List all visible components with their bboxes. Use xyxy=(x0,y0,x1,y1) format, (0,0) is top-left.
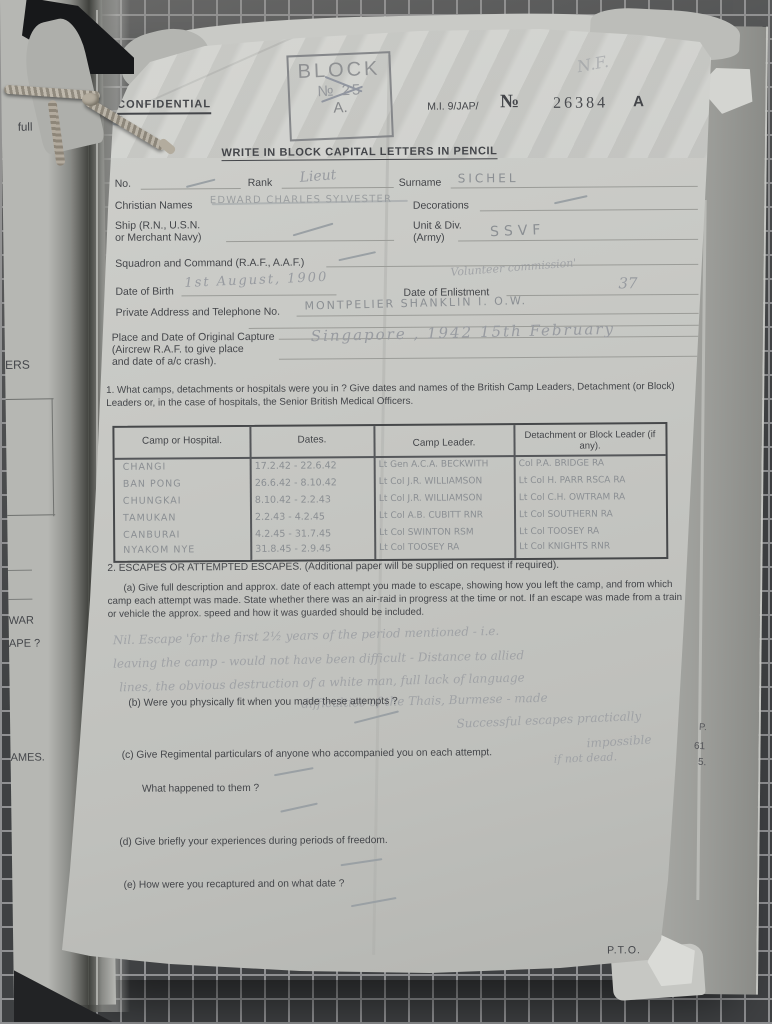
edge-page-fragment: 5. xyxy=(698,757,707,768)
field-rule xyxy=(141,188,241,190)
pencil-initials: N.F. xyxy=(575,52,610,76)
block-leader-cell: Col P.A. BRIDGE RA xyxy=(519,458,604,469)
pencil-dash xyxy=(354,710,399,723)
left-page-fragment: APE ? xyxy=(9,638,40,650)
pencil-dash xyxy=(280,803,318,813)
question-2c-text: (c) Give Regimental particulars of anyon… xyxy=(122,747,492,761)
table-header-dates: Dates. xyxy=(250,434,373,446)
question-2d-text: (d) Give briefly your experiences during… xyxy=(119,835,387,848)
camp-cell: NYAKOM NYE xyxy=(123,544,195,556)
edge-page-fragment: P. xyxy=(699,722,707,733)
rank-label: Rank xyxy=(248,177,273,189)
form-reference: M.I. 9/JAP/ xyxy=(427,100,478,112)
christian-names-label: Christian Names xyxy=(115,199,193,212)
capture-label-line1: Place and Date of Original Capture xyxy=(112,331,275,344)
block-stamp: BLOCK № 25 A. xyxy=(286,51,394,141)
leader-cell: Lt Col A.B. CUBITT RNR xyxy=(379,510,483,521)
ship-label-line2: or Merchant Navy) xyxy=(115,231,201,244)
pencil-dash xyxy=(554,195,588,204)
escape-answer-line: impossible xyxy=(586,732,652,750)
left-page-rule xyxy=(8,570,32,571)
table-header-block-leader: Detachment or Block Leader (if any). xyxy=(517,429,662,453)
left-page-fragment: AMES. xyxy=(10,751,44,763)
block-leader-cell: Lt Col TOOSEY RA xyxy=(519,527,599,538)
left-page-fragment: full xyxy=(18,122,33,134)
confidential-label: CONFIDENTIAL xyxy=(117,98,211,115)
question-2c2-text: What happened to them ? xyxy=(142,783,259,795)
escape-answer-line: lines, the obvious destruction of a whit… xyxy=(119,670,525,694)
dates-cell: 2.2.43 - 4.2.45 xyxy=(255,511,325,522)
dates-cell: 8.10.42 - 2.2.43 xyxy=(255,494,331,506)
ship-label-line1: Ship (R.N., U.S.N. xyxy=(115,219,200,232)
camp-cell: CHUNGKAI xyxy=(123,495,182,506)
pow-questionnaire-page: CONFIDENTIAL BLOCK № 25 A. M.I. 9/JAP/ №… xyxy=(0,0,772,1024)
block-capitals-instruction: WRITE IN BLOCK CAPITAL LETTERS IN PENCIL xyxy=(221,145,497,161)
leader-cell: Lt Col J.R. WILLIAMSON xyxy=(379,476,482,487)
block-leader-cell: Lt Col C.H. OWTRAM RA xyxy=(519,492,625,503)
serial-suffix: A xyxy=(633,93,644,110)
dates-cell: 26.6.42 - 8.10.42 xyxy=(255,477,337,489)
leader-cell: Lt Col TOOSEY RA xyxy=(379,542,459,553)
field-rule xyxy=(297,313,699,317)
camps-table: Camp or Hospital. Dates. Camp Leader. De… xyxy=(112,422,668,563)
question-2b-text: (b) Were you physically fit when you mad… xyxy=(128,696,397,709)
camp-cell: TAMUKAN xyxy=(123,512,176,523)
left-page-table-line xyxy=(6,398,54,400)
enlistment-value: 37 xyxy=(618,274,637,292)
escape-answer-line: Nil. Escape 'for the first 2½ years of t… xyxy=(113,624,500,647)
escape-answer-line: leaving the camp - would not have been d… xyxy=(113,648,524,671)
twine-knot xyxy=(82,93,99,106)
leader-cell: Lt Col SWINTON RSM xyxy=(379,527,474,538)
edge-page-fragment: 61 xyxy=(694,741,706,753)
field-rule xyxy=(181,294,336,296)
escape-answer-line: Successful escapes practically xyxy=(456,709,641,731)
dates-cell: 4.2.45 - 31.7.45 xyxy=(255,528,331,540)
field-rule xyxy=(451,186,698,189)
dates-cell: 31.8.45 - 2.9.45 xyxy=(255,543,331,555)
field-rule xyxy=(226,240,394,242)
surname-value: SICHEL xyxy=(458,171,519,185)
camp-cell: CHANGI xyxy=(123,462,167,473)
unit-div-label-line2: (Army) xyxy=(413,232,445,244)
question-2e-text: (e) How were you recaptured and on what … xyxy=(124,878,345,891)
leader-cell: Lt Col J.R. WILLIAMSON xyxy=(379,493,482,504)
date-of-birth-label: Date of Birth xyxy=(115,285,173,297)
unit-div-label-line1: Unit & Div. xyxy=(413,219,462,231)
pencil-dash xyxy=(186,179,216,188)
address-value: MONTPELIER SHANKLIN I. O.W. xyxy=(304,294,527,312)
pencil-dash xyxy=(341,858,383,866)
left-page-fragment: ERS xyxy=(5,358,30,372)
block-leader-cell: Lt Col KNIGHTS RNR xyxy=(519,541,610,552)
question-2-heading: 2. ESCAPES OR ATTEMPTED ESCAPES. (Additi… xyxy=(107,560,559,574)
pencil-dash xyxy=(293,223,334,237)
block-stamp-line3: A. xyxy=(290,97,391,118)
escape-answer-line: if not dead. xyxy=(553,750,617,766)
pto-label: P.T.O. xyxy=(607,944,641,956)
camp-cell: CANBURAI xyxy=(123,529,180,540)
table-header-leader: Camp Leader. xyxy=(374,437,513,449)
field-rule xyxy=(282,187,394,189)
capture-value: Singapore , 1942 15th February xyxy=(311,320,616,345)
left-page-rule xyxy=(8,599,32,600)
unit-div-value: SSVF xyxy=(490,222,546,240)
field-rule xyxy=(506,294,698,296)
surname-label: Surname xyxy=(399,177,442,189)
pencil-dash xyxy=(351,897,397,907)
decorations-label: Decorations xyxy=(413,199,469,211)
block-leader-cell: Lt Col H. PARR RSCA RA xyxy=(519,475,626,486)
capture-label-line2: (Aircrew R.A.F. to give place xyxy=(112,343,244,356)
enlistment-note: Volunteer commission' xyxy=(450,256,577,279)
left-page-fragment: WAR xyxy=(9,615,34,627)
question-2a-text: (a) Give full description and approx. da… xyxy=(107,578,685,621)
no-label: No. xyxy=(115,178,131,190)
block-leader-cell: Lt Col SOUTHERN RA xyxy=(519,509,613,520)
address-label: Private Address and Telephone No. xyxy=(116,306,281,319)
squadron-label: Squadron and Command (R.A.F., A.A.F.) xyxy=(115,257,304,270)
rank-value: Lieut xyxy=(299,167,337,186)
table-row: NYAKOM NYE 31.8.45 - 2.9.45 Lt Col TOOSE… xyxy=(115,541,666,562)
pencil-dash xyxy=(274,767,314,776)
field-rule xyxy=(480,209,698,212)
leader-cell: Lt Gen A.C.A. BECKWITH xyxy=(379,459,489,470)
dates-cell: 17.2.42 - 22.6.42 xyxy=(255,460,337,472)
camp-cell: BAN PONG xyxy=(123,478,182,489)
date-of-birth-value: 1st August, 1900 xyxy=(184,270,329,291)
table-header-camp: Camp or Hospital. xyxy=(114,435,249,447)
capture-label-line3: and date of a/c crash). xyxy=(112,355,217,368)
field-rule xyxy=(279,356,699,360)
serial-number: 26384 xyxy=(553,94,608,112)
pencil-dash xyxy=(338,251,376,261)
number-sign: № xyxy=(500,91,519,113)
question-1-text: 1. What camps, detachments or hospitals … xyxy=(106,380,684,410)
